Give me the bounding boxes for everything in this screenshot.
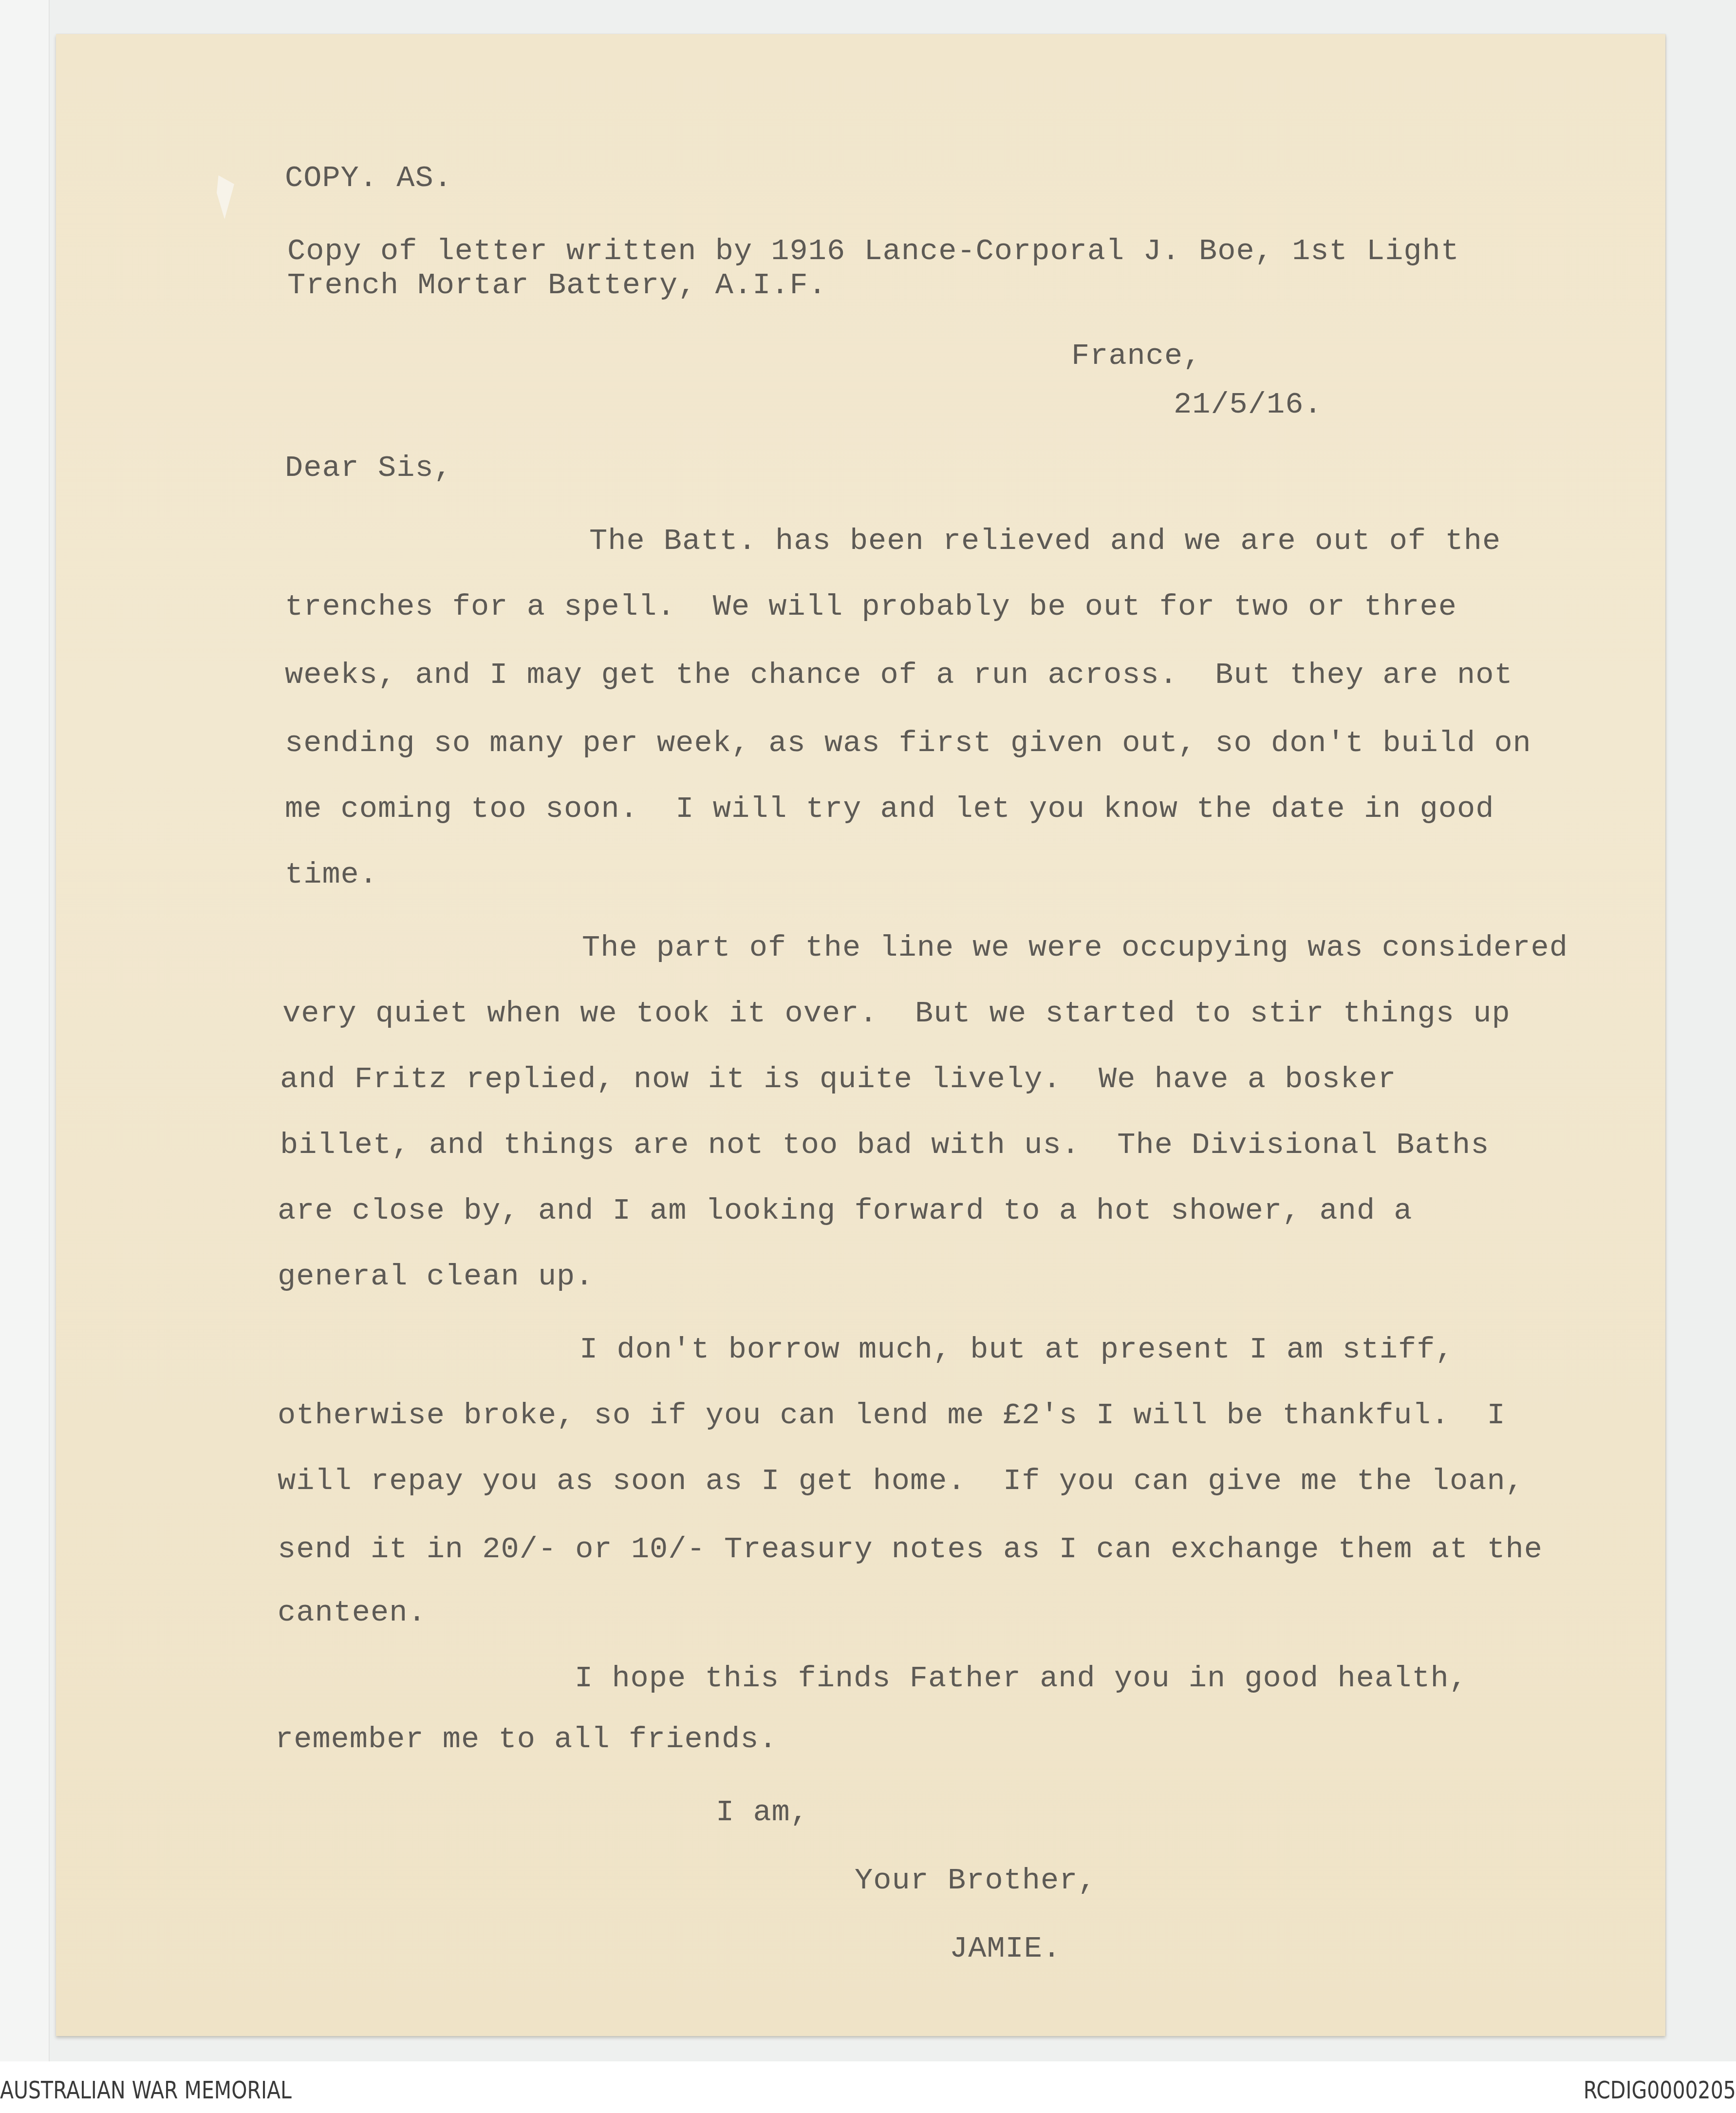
paragraph-4-line: I hope this finds Father and you in good…: [575, 1663, 1468, 1694]
paragraph-1-line: weeks, and I may get the chance of a run…: [285, 660, 1513, 690]
paragraph-3-line: I don't borrow much, but at present I am…: [579, 1335, 1454, 1365]
paragraph-4-line: remember me to all friends.: [275, 1724, 778, 1755]
punch-hole-mark: [217, 175, 234, 219]
paragraph-1-line: sending so many per week, as was first g…: [285, 728, 1531, 758]
paragraph-1-line: trenches for a spell. We will probably b…: [285, 592, 1457, 622]
closing-line: I am,: [716, 1797, 809, 1828]
paragraph-2-line: billet, and things are not too bad with …: [280, 1130, 1489, 1160]
closing-valediction: Your Brother,: [855, 1866, 1097, 1896]
letter-description-line-2: Trench Mortar Battery, A.I.F.: [287, 270, 827, 301]
paragraph-2-line: The part of the line we were occupying w…: [582, 933, 1568, 963]
paragraph-3-line: canteen.: [278, 1598, 427, 1628]
paragraph-3-line: send it in 20/- or 10/- Treasury notes a…: [278, 1534, 1543, 1565]
paragraph-3-line: will repay you as soon as I get home. If…: [278, 1466, 1524, 1496]
scan-background: COPY. AS. Copy of letter written by 1916…: [0, 0, 1736, 2061]
salutation: Dear Sis,: [285, 453, 452, 483]
signature: JAMIE.: [950, 1934, 1061, 1964]
paragraph-1-line: time.: [285, 860, 378, 890]
paragraph-2-line: general clean up.: [278, 1262, 594, 1292]
letter-description-line-1: Copy of letter written by 1916 Lance-Cor…: [287, 236, 1459, 266]
letter-page: COPY. AS. Copy of letter written by 1916…: [56, 34, 1665, 2036]
paragraph-2-line: very quiet when we took it over. But we …: [282, 999, 1511, 1029]
record-id-caption: RCDIG0000205: [1584, 2076, 1736, 2104]
paragraph-1-line: The Batt. has been relieved and we are o…: [589, 526, 1501, 556]
copy-heading: COPY. AS.: [285, 163, 452, 193]
paragraph-1-line: me coming too soon. I will try and let y…: [285, 794, 1494, 824]
paragraph-2-line: and Fritz replied, now it is quite livel…: [280, 1064, 1396, 1094]
scanner-edge: [0, 0, 50, 2061]
paragraph-3-line: otherwise broke, so if you can lend me £…: [278, 1400, 1506, 1431]
letter-place: France,: [1071, 341, 1201, 371]
letter-date: 21/5/16.: [1174, 390, 1323, 420]
institution-caption: AUSTRALIAN WAR MEMORIAL: [0, 2076, 292, 2104]
paragraph-2-line: are close by, and I am looking forward t…: [278, 1196, 1413, 1226]
